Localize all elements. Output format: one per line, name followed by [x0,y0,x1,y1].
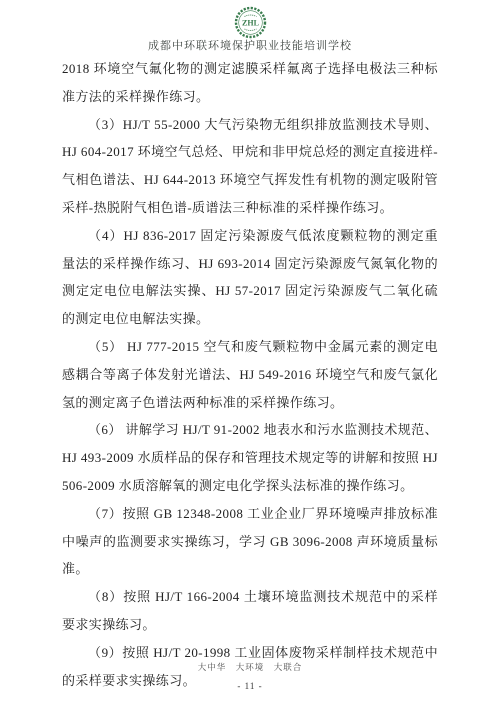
paragraph-item-4: （4）HJ 836-2017 固定污染源废气低浓度颗粒物的测定重量法的采样操作练… [62,222,438,333]
paragraph-item-5: （5） HJ 777-2015 空气和废气颗粒物中金属元素的测定电感耦合等离子体… [62,333,438,416]
page-number: - 11 - [0,681,500,691]
footer-slogan: 大中华 大环境 大联合 [0,661,500,673]
paragraph-item-7: （7）按照 GB 12348-2008 工业企业厂界环境噪声排放标准中噪声的监测… [62,500,438,583]
document-page: ZHL 成都中环联环境保护职业技能培训学校 2018 环境空气氟化物的测定滤膜采… [0,0,500,707]
paragraph-item-6: （6） 讲解学习 HJ/T 91-2002 地表水和污水监测技术规范、HJ 49… [62,416,438,499]
page-header: ZHL 成都中环联环境保护职业技能培训学校 [0,6,500,53]
page-footer: 大中华 大环境 大联合 - 11 - [0,661,500,707]
logo-text: ZHL [242,19,259,28]
paragraph-continuation: 2018 环境空气氟化物的测定滤膜采样氟离子选择电极法三种标准方法的采样操作练习… [62,55,438,111]
paragraph-item-3: （3）HJ/T 55-2000 大气污染物无组织排放监测技术导则、HJ 604-… [62,111,438,222]
school-logo-icon: ZHL [234,6,267,39]
paragraph-item-8: （8）按照 HJ/T 166-2004 土壤环境监测技术规范中的采样要求实操练习… [62,583,438,639]
school-name: 成都中环联环境保护职业技能培训学校 [0,40,500,53]
document-body: 2018 环境空气氟化物的测定滤膜采样氟离子选择电极法三种标准方法的采样操作练习… [62,55,438,694]
